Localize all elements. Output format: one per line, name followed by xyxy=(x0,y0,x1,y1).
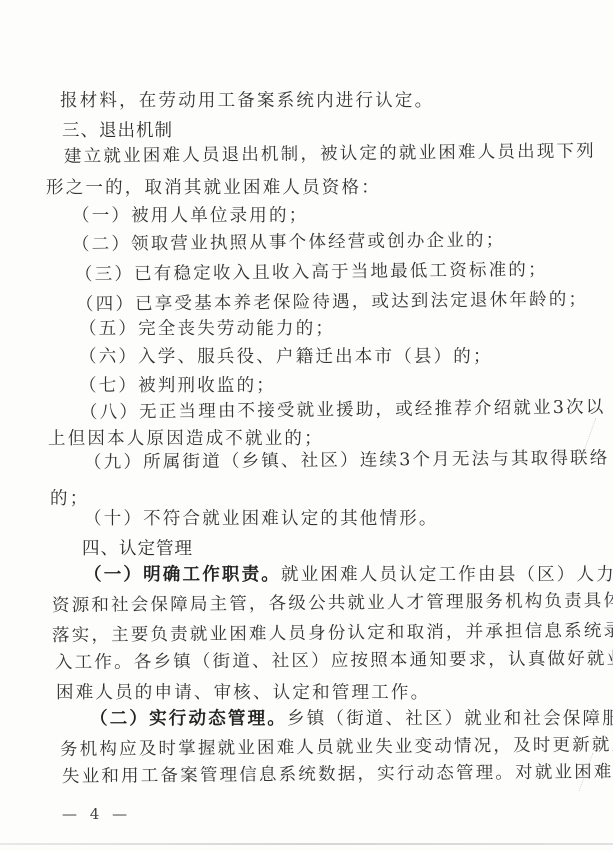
list-item: （五）完全丧失劳动能力的； xyxy=(79,318,335,340)
paragraph-line: 的； xyxy=(50,488,89,510)
paragraph-line: 建立就业困难人员退出机制，被认定的就业困难人员出现下列 xyxy=(64,140,596,168)
list-item: （七）被判刑收监的； xyxy=(79,375,276,397)
list-item: （八）无正当理由不接受就业援助，或经推荐介绍就业3次以 xyxy=(80,396,606,424)
paragraph-line: 资源和社会保障局主管，各级公共就业人才管理服务机构负责具体 xyxy=(52,590,613,617)
paragraph-line: 报材料，在劳动用工备案系统内进行认定。 xyxy=(60,90,434,112)
subsection-title: （二）实行动态管理。 xyxy=(90,709,287,729)
document-page: 报材料，在劳动用工备案系统内进行认定。 三、退出机制 建立就业困难人员退出机制，… xyxy=(0,0,613,851)
list-item: （三）已有稳定收入且收入高于当地最低工资标准的； xyxy=(75,259,548,286)
paragraph-line: 失业和用工备案管理信息系统数据，实行动态管理。对就业困难人 xyxy=(62,761,613,788)
paragraph-text: 乡镇（街道、社区）就业和社会保障服 xyxy=(287,709,613,729)
paragraph-line: 入工作。各乡镇（街道、社区）应按照本通知要求，认真做好就业 xyxy=(55,648,613,674)
paragraph-line: 形之一的，取消其就业困难人员资格： xyxy=(46,177,381,199)
section-heading-management: 四、认定管理 xyxy=(82,538,193,560)
list-item: （一）被用人单位录用的； xyxy=(72,205,308,227)
paragraph-line: （一）明确工作职责。就业困难人员认定工作由县（区）人力 xyxy=(84,564,613,586)
paragraph-text: 就业困难人员认定工作由县（区）人力 xyxy=(281,565,613,585)
paragraph-line: 落实，主要负责就业困难人员身份认定和取消，并承担信息系统录 xyxy=(52,620,613,647)
paragraph-line: 上但因本人原因造成不就业的； xyxy=(48,428,324,450)
paragraph-line: 务机构应及时掌握就业困难人员就业失业变动情况，及时更新就业 xyxy=(60,734,613,761)
subsection-title: （一）明确工作职责。 xyxy=(84,565,281,585)
page-number: — 4 — xyxy=(62,805,131,823)
list-item: （二）领取营业执照从事个体经营或创办企业的； xyxy=(72,229,506,256)
list-item: （九）所属街道（乡镇、社区）连续3个月无法与其取得联络 xyxy=(84,447,610,474)
paragraph-line: （二）实行动态管理。乡镇（街道、社区）就业和社会保障服 xyxy=(90,708,613,730)
list-item: （六）入学、服兵役、户籍迁出本市（县）的； xyxy=(79,346,493,368)
list-item: （四）已享受基本养老保险待遇，或达到法定退休年龄的； xyxy=(76,289,588,316)
list-item: （十）不符合就业困难认定的其他情形。 xyxy=(84,508,439,530)
paragraph-line: 困难人员的申请、审核、认定和管理工作。 xyxy=(56,682,430,704)
scan-edge xyxy=(0,843,613,845)
section-heading-exit-mechanism: 三、退出机制 xyxy=(62,120,173,142)
